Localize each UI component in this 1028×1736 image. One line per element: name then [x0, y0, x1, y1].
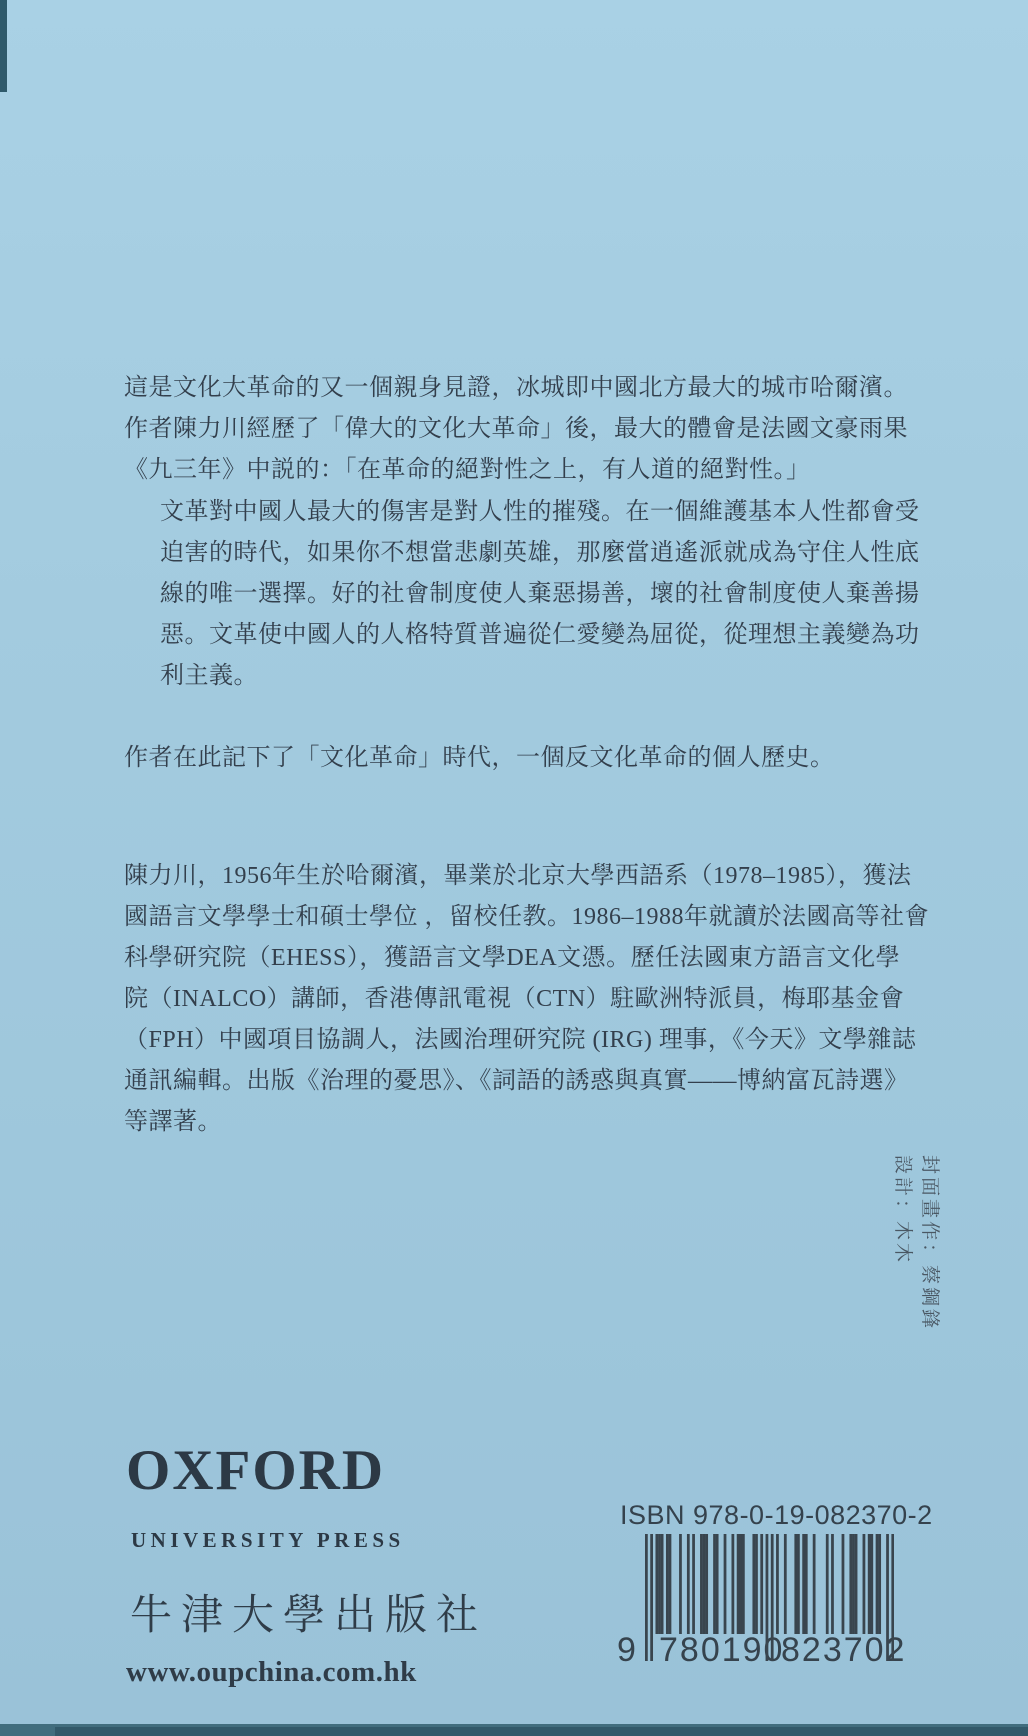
- blurb-paragraph-3: 作者在此記下了「文化革命」時代，一個反文化革命的個人歷史。: [124, 738, 835, 779]
- text-line: 迫害的時代，如果你不想當悲劇英雄，那麼當逍遙派就成為守住人性底: [160, 533, 920, 574]
- blurb-paragraph-2: 文革對中國人最大的傷害是對人性的摧殘。在一個維護基本人性都會受 迫害的時代，如果…: [160, 492, 920, 697]
- publisher-logo-subtitle: UNIVERSITY PRESS: [131, 1528, 405, 1553]
- author-bio-paragraph: 陳力川，1956年生於哈爾濱，畢業於北京大學西語系（1978–1985），獲法 …: [124, 856, 929, 1143]
- cover-art-credit: 封面畫作：蔡鋼鋒: [916, 1155, 943, 1335]
- text-line: 《九三年》中説的：「在革命的絕對性之上，有人道的絕對性。」: [124, 450, 908, 491]
- text-line: 惡。文革使中國人的人格特質普遍從仁愛變為屈從，從理想主義變為功: [160, 615, 920, 656]
- text-line: （FPH）中國項目協調人，法國治理研究院 (IRG) 理事，《今天》文學雜誌: [124, 1020, 929, 1061]
- barcode-digit-group: 9: [617, 1631, 638, 1670]
- publisher-logo-wordmark: OXFORD: [126, 1438, 385, 1503]
- text-line: 科學研究院（EHESS），獲語言文學DEA文憑。歷任法國東方語言文化學: [124, 938, 929, 979]
- text-line: 陳力川，1956年生於哈爾濱，畢業於北京大學西語系（1978–1985），獲法: [124, 856, 929, 897]
- text-line: 院（INALCO）講師，香港傳訊電視（CTN）駐歐洲特派員，梅耶基金會: [124, 979, 929, 1020]
- isbn-label: ISBN 978-0-19-082370-2: [620, 1500, 933, 1531]
- blurb-paragraph-1: 這是文化大革命的又一個親身見證，冰城即中國北方最大的城市哈爾濱。 作者陳力川經歷…: [124, 368, 908, 491]
- page-edge-shadow-bottom-dark: [55, 1727, 1028, 1736]
- book-back-cover: 這是文化大革命的又一個親身見證，冰城即中國北方最大的城市哈爾濱。 作者陳力川經歷…: [0, 0, 1028, 1736]
- ean13-barcode: 9 780190 823702: [645, 1534, 894, 1666]
- text-line: 文革對中國人最大的傷害是對人性的摧殘。在一個維護基本人性都會受: [160, 492, 920, 533]
- text-line: 作者陳力川經歷了「偉大的文化大革命」後，最大的體會是法國文豪雨果: [124, 409, 908, 450]
- design-credit: 設計：木木: [889, 1155, 916, 1335]
- publisher-website: www.oupchina.com.hk: [126, 1656, 417, 1689]
- publisher-name-chinese: 牛津大學出版社: [130, 1582, 487, 1642]
- text-line: 利主義。: [160, 656, 920, 697]
- text-line: 等譯著。: [124, 1102, 929, 1143]
- text-line: 作者在此記下了「文化革命」時代，一個反文化革命的個人歷史。: [124, 738, 835, 779]
- page-edge-shadow-left: [0, 0, 7, 92]
- text-line: 國語言文學學士和碩士學位 ，留校任教。1986–1988年就讀於法國高等社會: [124, 897, 929, 938]
- text-line: 線的唯一選擇。好的社會制度使人棄惡揚善，壞的社會制度使人棄善揚: [160, 574, 920, 615]
- text-line: 通訊編輯。出版《治理的憂思》、《詞語的誘惑與真實——博納富瓦詩選》: [124, 1061, 929, 1102]
- cover-credits: 封面畫作：蔡鋼鋒 設計：木木: [887, 1155, 943, 1335]
- text-line: 這是文化大革命的又一個親身見證，冰城即中國北方最大的城市哈爾濱。: [124, 368, 908, 409]
